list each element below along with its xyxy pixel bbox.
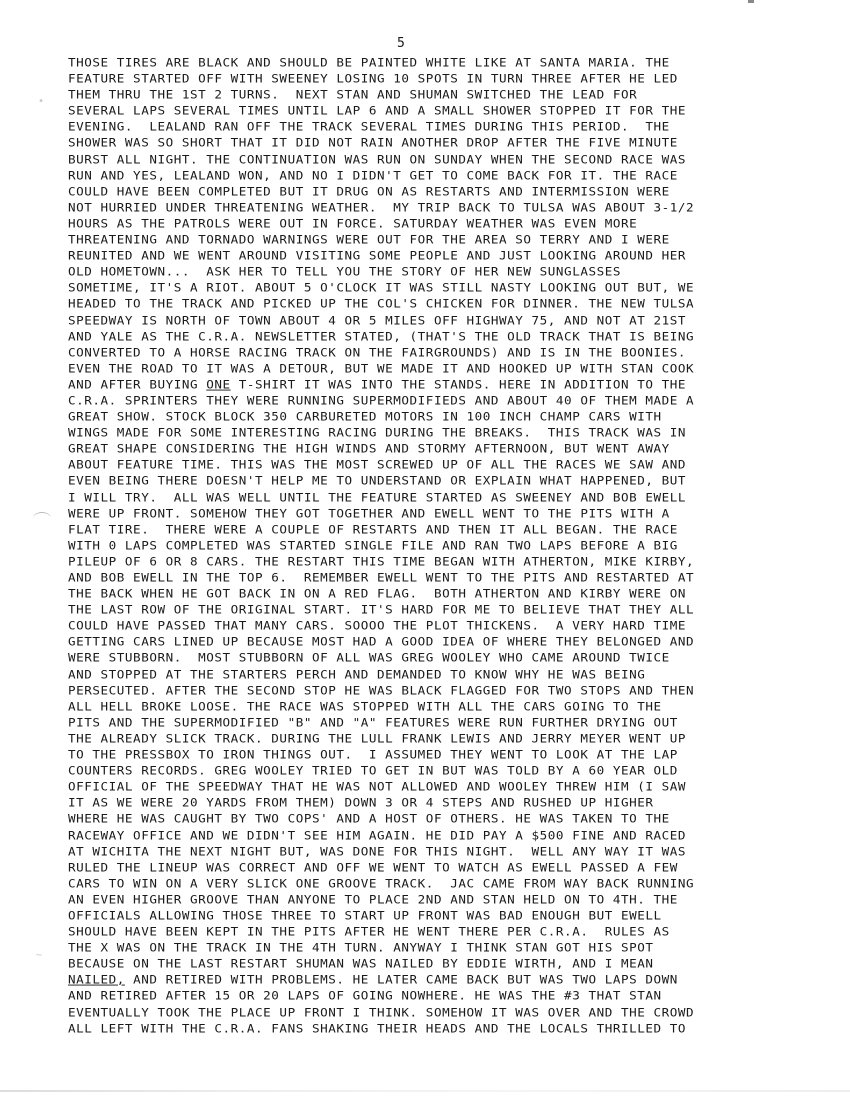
text-line: AND RETIRED AFTER 15 OR 20 LAPS OF GOING… bbox=[68, 989, 848, 1004]
text-line: THE LAST ROW OF THE ORIGINAL START. IT'S… bbox=[68, 603, 848, 618]
text-line: IT AS WE WERE 20 YARDS FROM THEM) DOWN 3… bbox=[68, 796, 848, 811]
text-segment: TO THE PRESSBOX TO IRON THINGS OUT. I AS… bbox=[68, 748, 678, 762]
text-segment: CARS TO WIN ON A VERY SLICK ONE GROOVE T… bbox=[68, 876, 694, 890]
text-segment: COUNTERS RECORDS. GREG WOOLEY TRIED TO G… bbox=[68, 764, 678, 778]
text-line: ALL LEFT WITH THE C.R.A. FANS SHAKING TH… bbox=[68, 1021, 848, 1036]
text-line: COUNTERS RECORDS. GREG WOOLEY TRIED TO G… bbox=[68, 764, 848, 779]
text-segment: C.R.A. SPRINTERS THEY WERE RUNNING SUPER… bbox=[68, 394, 694, 408]
text-line: COULD HAVE BEEN COMPLETED BUT IT DRUG ON… bbox=[68, 184, 848, 199]
text-segment: AT WICHITA THE NEXT NIGHT BUT, WAS DONE … bbox=[68, 844, 686, 858]
body-text: THOSE TIRES ARE BLACK AND SHOULD BE PAIN… bbox=[68, 55, 848, 1037]
text-line: RACEWAY OFFICE AND WE DIDN'T SEE HIM AGA… bbox=[68, 828, 848, 843]
text-segment: HEADED TO THE TRACK AND PICKED UP THE CO… bbox=[68, 297, 694, 311]
text-line: BURST ALL NIGHT. THE CONTINUATION WAS RU… bbox=[68, 152, 848, 167]
text-line: I WILL TRY. ALL WAS WELL UNTIL THE FEATU… bbox=[68, 490, 848, 505]
text-segment: THE LAST ROW OF THE ORIGINAL START. IT'S… bbox=[68, 603, 694, 617]
text-segment: AND STOPPED AT THE STARTERS PERCH AND DE… bbox=[68, 667, 645, 681]
text-line: NOT HURRIED UNDER THREATENING WEATHER. M… bbox=[68, 200, 848, 215]
text-segment: ABOUT FEATURE TIME. THIS WAS THE MOST SC… bbox=[68, 458, 686, 472]
text-line: AND YALE AS THE C.R.A. NEWSLETTER STATED… bbox=[68, 329, 848, 344]
text-segment: SEVERAL LAPS SEVERAL TIMES UNTIL LAP 6 A… bbox=[68, 104, 686, 118]
text-segment: I WILL TRY. ALL WAS WELL UNTIL THE FEATU… bbox=[68, 490, 686, 504]
text-segment: GREAT SHAPE CONSIDERING THE HIGH WINDS A… bbox=[68, 442, 670, 456]
text-line: OFFICIALS ALLOWING THOSE THREE TO START … bbox=[68, 909, 848, 924]
text-segment: SOMETIME, IT'S A RIOT. ABOUT 5 O'CLOCK I… bbox=[68, 281, 694, 295]
text-segment: AND BOB EWELL IN THE TOP 6. REMEMBER EWE… bbox=[68, 571, 694, 585]
text-line: WHERE HE WAS CAUGHT BY TWO COPS' AND A H… bbox=[68, 812, 848, 827]
text-line: BECAUSE ON THE LAST RESTART SHUMAN WAS N… bbox=[68, 957, 848, 972]
text-line: SEVERAL LAPS SEVERAL TIMES UNTIL LAP 6 A… bbox=[68, 104, 848, 119]
text-segment: HOURS AS THE PATROLS WERE OUT IN FORCE. … bbox=[68, 217, 637, 231]
text-line: WITH 0 LAPS COMPLETED WAS STARTED SINGLE… bbox=[68, 538, 848, 553]
text-line: SPEEDWAY IS NORTH OF TOWN ABOUT 4 OR 5 M… bbox=[68, 313, 848, 328]
underlined-text: NAILED, bbox=[68, 973, 125, 987]
text-segment: PITS AND THE SUPERMODIFIED "B" AND "A" F… bbox=[68, 715, 678, 729]
text-segment: EVEN THE ROAD TO IT WAS A DETOUR, BUT WE… bbox=[68, 361, 694, 375]
text-segment: EVEN BEING THERE DOESN'T HELP ME TO UNDE… bbox=[68, 474, 686, 488]
corner-mark bbox=[748, 0, 754, 3]
text-segment: RACEWAY OFFICE AND WE DIDN'T SEE HIM AGA… bbox=[68, 828, 686, 842]
text-line: C.R.A. SPRINTERS THEY WERE RUNNING SUPER… bbox=[68, 394, 848, 409]
text-segment: THE ALREADY SLICK TRACK. DURING THE LULL… bbox=[68, 732, 686, 746]
text-segment: PERSECUTED. AFTER THE SECOND STOP HE WAS… bbox=[68, 683, 694, 697]
text-line: CONVERTED TO A HORSE RACING TRACK ON THE… bbox=[68, 345, 848, 360]
text-line: EVEN THE ROAD TO IT WAS A DETOUR, BUT WE… bbox=[68, 361, 848, 376]
underlined-text: ONE bbox=[206, 378, 230, 392]
text-line: FLAT TIRE. THERE WERE A COUPLE OF RESTAR… bbox=[68, 522, 848, 537]
text-line: GETTING CARS LINED UP BECAUSE MOST HAD A… bbox=[68, 635, 848, 650]
text-segment: GREAT SHOW. STOCK BLOCK 350 CARBURETED M… bbox=[68, 410, 662, 424]
text-segment: THOSE TIRES ARE BLACK AND SHOULD BE PAIN… bbox=[68, 56, 670, 70]
text-line: THOSE TIRES ARE BLACK AND SHOULD BE PAIN… bbox=[68, 56, 848, 71]
margin-mark-top: • bbox=[38, 96, 44, 107]
text-line: AN EVEN HIGHER GROOVE THAN ANYONE TO PLA… bbox=[68, 893, 848, 908]
text-line: HOURS AS THE PATROLS WERE OUT IN FORCE. … bbox=[68, 217, 848, 232]
text-segment: EVENING. LEALAND RAN OFF THE TRACK SEVER… bbox=[68, 120, 670, 134]
text-line: NAILED, AND RETIRED WITH PROBLEMS. HE LA… bbox=[68, 973, 848, 988]
text-line: EVENTUALLY TOOK THE PLACE UP FRONT I THI… bbox=[68, 1005, 848, 1020]
text-segment: AND YALE AS THE C.R.A. NEWSLETTER STATED… bbox=[68, 329, 694, 343]
margin-mark-bottom: ∼ bbox=[36, 950, 42, 961]
text-line: EVEN BEING THERE DOESN'T HELP ME TO UNDE… bbox=[68, 474, 848, 489]
text-line: WERE STUBBORN. MOST STUBBORN OF ALL WAS … bbox=[68, 651, 848, 666]
text-segment: THE BACK WHEN HE GOT BACK IN ON A RED FL… bbox=[68, 587, 686, 601]
text-line: SHOULD HAVE BEEN KEPT IN THE PITS AFTER … bbox=[68, 925, 848, 940]
text-line: PERSECUTED. AFTER THE SECOND STOP HE WAS… bbox=[68, 683, 848, 698]
text-segment: SHOWER WAS SO SHORT THAT IT DID NOT RAIN… bbox=[68, 136, 678, 150]
text-segment: FLAT TIRE. THERE WERE A COUPLE OF RESTAR… bbox=[68, 522, 678, 536]
page-number: 5 bbox=[397, 37, 405, 51]
text-line: HEADED TO THE TRACK AND PICKED UP THE CO… bbox=[68, 297, 848, 312]
text-line: AND BOB EWELL IN THE TOP 6. REMEMBER EWE… bbox=[68, 571, 848, 586]
text-line: EVENING. LEALAND RAN OFF THE TRACK SEVER… bbox=[68, 120, 848, 135]
text-segment: AN EVEN HIGHER GROOVE THAN ANYONE TO PLA… bbox=[68, 893, 678, 907]
text-line: THE ALREADY SLICK TRACK. DURING THE LULL… bbox=[68, 732, 848, 747]
page-bottom-edge bbox=[0, 1090, 850, 1092]
text-line: PITS AND THE SUPERMODIFIED "B" AND "A" F… bbox=[68, 715, 848, 730]
text-segment: AND RETIRED AFTER 15 OR 20 LAPS OF GOING… bbox=[68, 989, 662, 1003]
text-line: OLD HOMETOWN... ASK HER TO TELL YOU THE … bbox=[68, 265, 848, 280]
text-line: THEM THRU THE 1ST 2 TURNS. NEXT STAN AND… bbox=[68, 88, 848, 103]
text-line: WERE UP FRONT. SOMEHOW THEY GOT TOGETHER… bbox=[68, 506, 848, 521]
text-line: AND STOPPED AT THE STARTERS PERCH AND DE… bbox=[68, 667, 848, 682]
text-segment: AND AFTER BUYING bbox=[68, 378, 206, 392]
text-line: RULED THE LINEUP WAS CORRECT AND OFF WE … bbox=[68, 860, 848, 875]
text-segment: OFFICIAL OF THE SPEEDWAY THAT HE WAS NOT… bbox=[68, 780, 686, 794]
text-segment: CONVERTED TO A HORSE RACING TRACK ON THE… bbox=[68, 345, 686, 359]
text-segment: ALL LEFT WITH THE C.R.A. FANS SHAKING TH… bbox=[68, 1021, 686, 1035]
text-line: THE X WAS ON THE TRACK IN THE 4TH TURN. … bbox=[68, 941, 848, 956]
text-line: SHOWER WAS SO SHORT THAT IT DID NOT RAIN… bbox=[68, 136, 848, 151]
text-segment: IT AS WE WERE 20 YARDS FROM THEM) DOWN 3… bbox=[68, 796, 654, 810]
text-segment: WERE UP FRONT. SOMEHOW THEY GOT TOGETHER… bbox=[68, 506, 670, 520]
text-segment: REUNITED AND WE WENT AROUND VISITING SOM… bbox=[68, 249, 686, 263]
text-segment: THEM THRU THE 1ST 2 TURNS. NEXT STAN AND… bbox=[68, 88, 637, 102]
text-line: FEATURE STARTED OFF WITH SWEENEY LOSING … bbox=[68, 72, 848, 87]
text-line: ALL HELL BROKE LOOSE. THE RACE WAS STOPP… bbox=[68, 699, 848, 714]
text-line: GREAT SHOW. STOCK BLOCK 350 CARBURETED M… bbox=[68, 410, 848, 425]
text-line: ABOUT FEATURE TIME. THIS WAS THE MOST SC… bbox=[68, 458, 848, 473]
text-segment: WITH 0 LAPS COMPLETED WAS STARTED SINGLE… bbox=[68, 538, 678, 552]
text-segment: RUN AND YES, LEALAND WON, AND NO I DIDN'… bbox=[68, 168, 678, 182]
text-segment: RULED THE LINEUP WAS CORRECT AND OFF WE … bbox=[68, 860, 678, 874]
text-segment: T-SHIRT IT WAS INTO THE STANDS. HERE IN … bbox=[231, 378, 686, 392]
text-segment: BURST ALL NIGHT. THE CONTINUATION WAS RU… bbox=[68, 152, 686, 166]
text-line: WINGS MADE FOR SOME INTERESTING RACING D… bbox=[68, 426, 848, 441]
text-line: THE BACK WHEN HE GOT BACK IN ON A RED FL… bbox=[68, 587, 848, 602]
text-segment: GETTING CARS LINED UP BECAUSE MOST HAD A… bbox=[68, 635, 694, 649]
text-line: AT WICHITA THE NEXT NIGHT BUT, WAS DONE … bbox=[68, 844, 848, 859]
text-segment: COULD HAVE BEEN COMPLETED BUT IT DRUG ON… bbox=[68, 184, 670, 198]
text-line: PILEUP OF 6 OR 8 CARS. THE RESTART THIS … bbox=[68, 555, 848, 570]
text-segment: AND RETIRED WITH PROBLEMS. HE LATER CAME… bbox=[125, 973, 678, 987]
text-segment: SPEEDWAY IS NORTH OF TOWN ABOUT 4 OR 5 M… bbox=[68, 313, 686, 327]
text-segment: FEATURE STARTED OFF WITH SWEENEY LOSING … bbox=[68, 72, 678, 86]
text-segment: OFFICIALS ALLOWING THOSE THREE TO START … bbox=[68, 909, 662, 923]
text-line: SOMETIME, IT'S A RIOT. ABOUT 5 O'CLOCK I… bbox=[68, 281, 848, 296]
text-segment: EVENTUALLY TOOK THE PLACE UP FRONT I THI… bbox=[68, 1005, 694, 1019]
text-segment: THE X WAS ON THE TRACK IN THE 4TH TURN. … bbox=[68, 941, 654, 955]
text-line: TO THE PRESSBOX TO IRON THINGS OUT. I AS… bbox=[68, 748, 848, 763]
text-line: AND AFTER BUYING ONE T-SHIRT IT WAS INTO… bbox=[68, 378, 848, 393]
text-line: GREAT SHAPE CONSIDERING THE HIGH WINDS A… bbox=[68, 442, 848, 457]
text-segment: SHOULD HAVE BEEN KEPT IN THE PITS AFTER … bbox=[68, 925, 670, 939]
text-line: RUN AND YES, LEALAND WON, AND NO I DIDN'… bbox=[68, 168, 848, 183]
text-line: CARS TO WIN ON A VERY SLICK ONE GROOVE T… bbox=[68, 876, 848, 891]
text-segment: PILEUP OF 6 OR 8 CARS. THE RESTART THIS … bbox=[68, 555, 694, 569]
text-line: REUNITED AND WE WENT AROUND VISITING SOM… bbox=[68, 249, 848, 264]
text-segment: BECAUSE ON THE LAST RESTART SHUMAN WAS N… bbox=[68, 957, 654, 971]
text-segment: THREATENING AND TORNADO WARNINGS WERE OU… bbox=[68, 233, 670, 247]
text-segment: WINGS MADE FOR SOME INTERESTING RACING D… bbox=[68, 426, 686, 440]
text-segment: OLD HOMETOWN... ASK HER TO TELL YOU THE … bbox=[68, 265, 621, 279]
text-segment: WERE STUBBORN. MOST STUBBORN OF ALL WAS … bbox=[68, 651, 670, 665]
text-line: COULD HAVE PASSED THAT MANY CARS. SOOOO … bbox=[68, 619, 848, 634]
text-segment: ALL HELL BROKE LOOSE. THE RACE WAS STOPP… bbox=[68, 699, 662, 713]
text-line: THREATENING AND TORNADO WARNINGS WERE OU… bbox=[68, 233, 848, 248]
text-segment: COULD HAVE PASSED THAT MANY CARS. SOOOO … bbox=[68, 619, 686, 633]
margin-mark-binding bbox=[33, 512, 51, 525]
text-segment: NOT HURRIED UNDER THREATENING WEATHER. M… bbox=[68, 200, 694, 214]
text-segment: WHERE HE WAS CAUGHT BY TWO COPS' AND A H… bbox=[68, 812, 670, 826]
text-line: OFFICIAL OF THE SPEEDWAY THAT HE WAS NOT… bbox=[68, 780, 848, 795]
